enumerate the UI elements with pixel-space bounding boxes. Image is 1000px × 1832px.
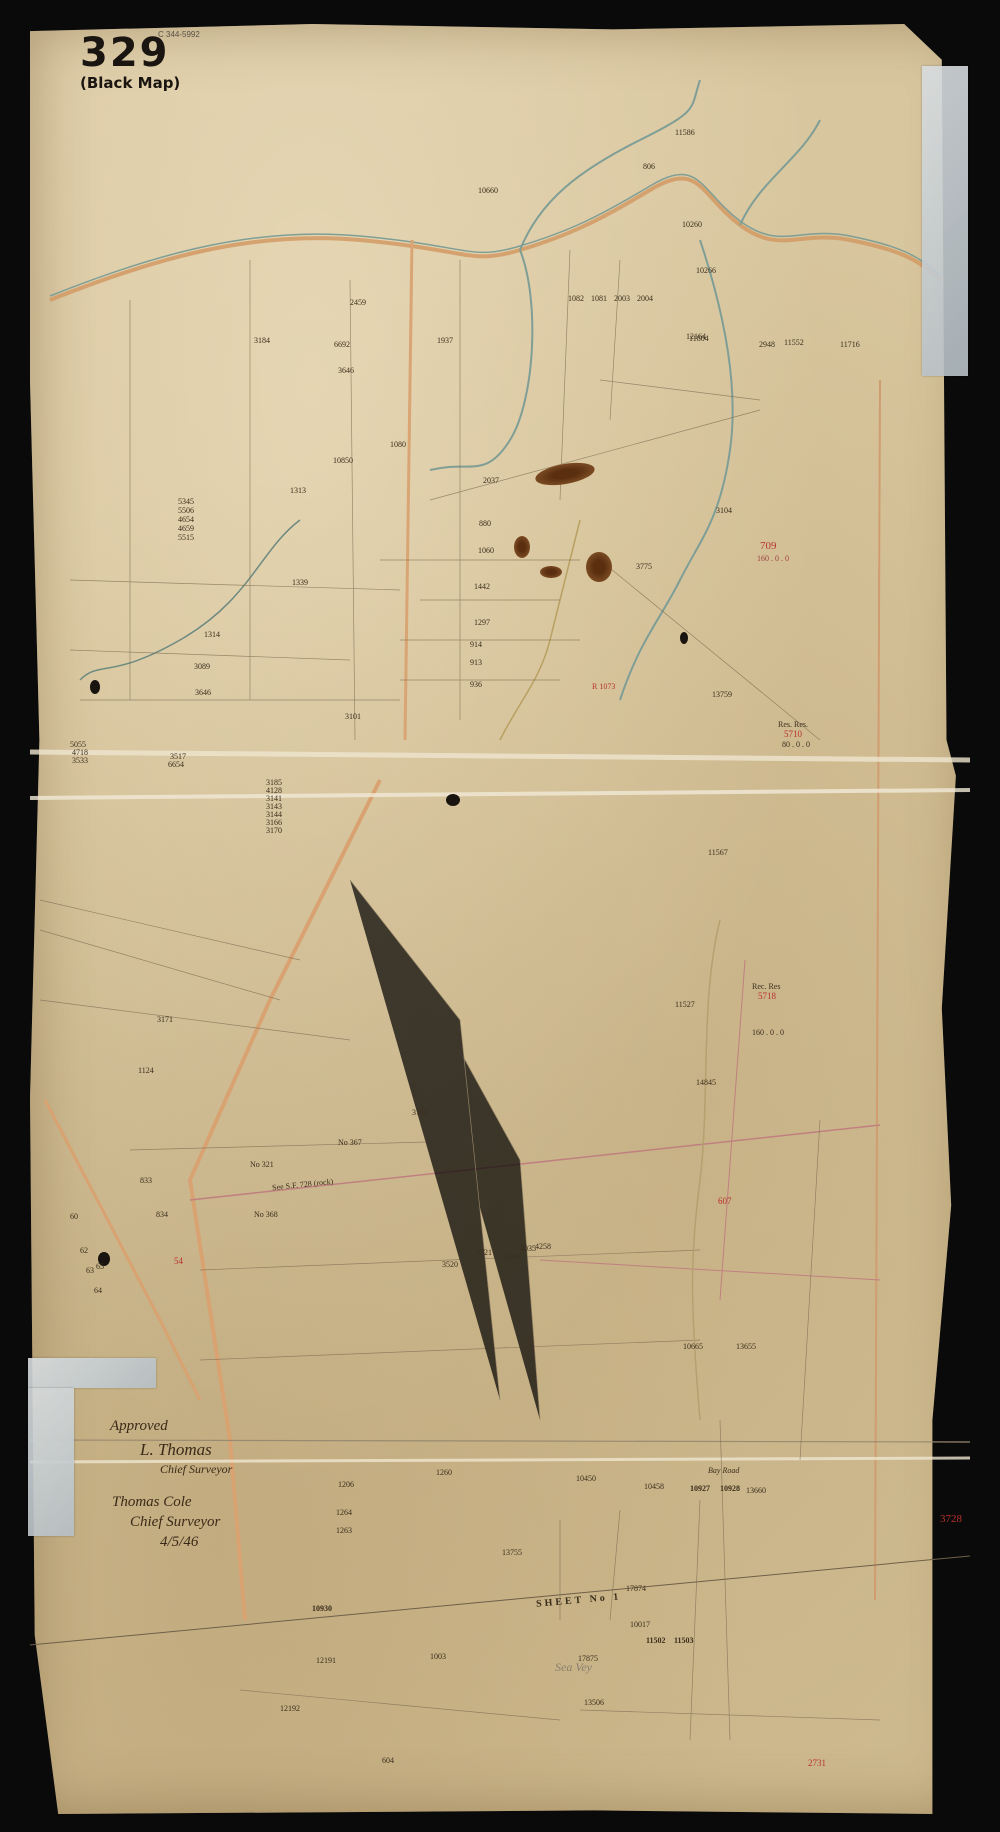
lot-number: 1297 (474, 618, 490, 627)
ink-stain (514, 536, 530, 558)
map-linework (0, 0, 1000, 1832)
reserve-5710-area: 80 . 0 . 0 (782, 740, 810, 749)
lot-number: 6692 (334, 340, 350, 349)
lot-number: 17874 (626, 1584, 646, 1593)
lot-number: 4035 (520, 1244, 536, 1253)
reserve-709-area: 160 . 0 . 0 (757, 554, 789, 563)
lot-number: 10665 (683, 1342, 703, 1351)
lot-number: 11567 (708, 848, 728, 857)
lot-number: 4659 (178, 524, 194, 533)
lot-number: 1060 (478, 546, 494, 555)
lot-number: 10928 (720, 1484, 740, 1493)
approval-line-1: Approved (110, 1418, 168, 1435)
lot-number: 4290 (504, 1252, 520, 1261)
lot-number: 2459 (350, 298, 366, 307)
lot-number: 3101 (345, 712, 361, 721)
lot-number: 5345 (178, 497, 194, 506)
lot-number: 11552 (784, 338, 804, 347)
lot-number: No 321 (250, 1160, 274, 1169)
lot-number: 11503 (674, 1636, 694, 1645)
reserve-5710: 5710 (784, 729, 802, 739)
lot-number: 1937 (437, 336, 453, 345)
lot-number: 3171 (157, 1015, 173, 1024)
lot-number: 604 (382, 1756, 394, 1765)
lot-number: 14845 (696, 1078, 716, 1087)
reserve-54: 54 (174, 1256, 183, 1266)
ink-stain (680, 632, 688, 644)
approval-line-6: 4/5/46 (160, 1534, 198, 1551)
lot-number: 13755 (502, 1548, 522, 1557)
lot-number: 5515 (178, 533, 194, 542)
lot-number: 1314 (204, 630, 220, 639)
lot-number: 13506 (584, 1698, 604, 1707)
lot-number: 1003 (430, 1652, 446, 1661)
lot-number: 10017 (630, 1620, 650, 1629)
lot-number: 10927 (690, 1484, 710, 1493)
lot-number: 3646 (195, 688, 211, 697)
lot-number: 2037 (483, 476, 499, 485)
lot-number: 1080 (390, 440, 406, 449)
annotation-bay-road: Bay Road (708, 1466, 739, 1475)
lot-number: 10450 (576, 1474, 596, 1483)
approval-line-5: Chief Surveyor (130, 1514, 220, 1531)
lot-number: 4654 (178, 515, 194, 524)
tape-patch-bottom-left (28, 1358, 156, 1388)
lot-number: No 368 (254, 1210, 278, 1219)
lot-number: 65 (96, 1262, 104, 1271)
tape-patch-top-right (922, 66, 968, 376)
annotation-sea-vey: Sea Vey (555, 1660, 592, 1675)
reserve-r1073: R 1073 (592, 682, 615, 691)
lot-number: 64 (94, 1286, 102, 1295)
lot-number: 1260 (436, 1468, 452, 1477)
lot-number: 914 (470, 640, 482, 649)
reserve-5718-area: 160 . 0 . 0 (752, 1028, 784, 1037)
lot-number: 3533 (72, 756, 88, 765)
lot-number: 2948 (759, 340, 775, 349)
lot-number: 10660 (478, 186, 498, 195)
lot-number: 3089 (194, 662, 210, 671)
catalog-ref: C 344-5992 (158, 30, 200, 39)
approval-line-2: L. Thomas (140, 1440, 212, 1460)
approval-line-3: Chief Surveyor (160, 1462, 232, 1477)
lot-number: 1081 (591, 294, 607, 303)
lot-number: 834 (156, 1210, 168, 1219)
lot-number: 1442 (474, 582, 490, 591)
lot-number: 13660 (746, 1486, 766, 1495)
lot-number: 913 (470, 658, 482, 667)
lot-number: 1313 (290, 486, 306, 495)
lot-number: 10930 (312, 1604, 332, 1613)
lot-number: 11527 (675, 1000, 695, 1009)
ink-stain (586, 552, 612, 582)
tape-patch-bottom-left-vertical (28, 1388, 74, 1536)
lot-number: No 367 (338, 1138, 362, 1147)
lot-number: 1124 (138, 1066, 154, 1075)
lot-number: 60 (70, 1212, 78, 1221)
reserve-5718-label: Rec. Res (752, 982, 780, 991)
reserve-709: 709 (760, 540, 777, 552)
lot-number: 1264 (336, 1508, 352, 1517)
lot-number: 12191 (316, 1656, 336, 1665)
lot-number: 3775 (636, 562, 652, 571)
lot-number: 833 (140, 1176, 152, 1185)
lot-number: 1339 (292, 578, 308, 587)
lot-number: 3100 (412, 1108, 428, 1117)
lot-number: 3646 (338, 366, 354, 375)
lot-number: 1082 (568, 294, 584, 303)
lot-number: 11502 (646, 1636, 666, 1645)
lot-number: 12192 (280, 1704, 300, 1713)
lot-number: 13759 (712, 690, 732, 699)
lot-number: 3721 (476, 1248, 492, 1257)
reserve-5710-label: Res. Res. (778, 720, 808, 729)
sheet-number: 329 (80, 30, 170, 76)
lot-number: 5506 (178, 506, 194, 515)
approval-line-4: Thomas Cole (112, 1494, 192, 1511)
lot-number: 10850 (333, 456, 353, 465)
lot-number: 63 (86, 1266, 94, 1275)
lot-number: 10458 (644, 1482, 664, 1491)
lot-number: 6654 (168, 760, 184, 769)
lot-number: 3170 (266, 826, 282, 835)
reserve-5718: 5718 (758, 991, 776, 1001)
sheet-subtitle: (Black Map) (80, 74, 180, 92)
lot-number: 936 (470, 680, 482, 689)
lot-number: 806 (643, 162, 655, 171)
reserve-3728: 3728 (940, 1513, 962, 1525)
lot-number: 10260 (682, 220, 702, 229)
lot-number: 2003 (614, 294, 630, 303)
lot-number: 1206 (338, 1480, 354, 1489)
lot-number: 3184 (254, 336, 270, 345)
lot-number: 11804 (689, 334, 709, 343)
ink-stain (90, 680, 100, 694)
lot-number: 880 (479, 519, 491, 528)
ink-stain (446, 794, 460, 806)
lot-number: 3520 (442, 1260, 458, 1269)
reserve-607: 607 (718, 1196, 732, 1206)
lot-number: 13655 (736, 1342, 756, 1351)
reserve-2731: 2731 (808, 1758, 826, 1768)
lot-number: 10266 (696, 266, 716, 275)
lot-number: 1263 (336, 1526, 352, 1535)
lot-number: 62 (80, 1246, 88, 1255)
lot-number: 11586 (675, 128, 695, 137)
lot-number: 4258 (535, 1242, 551, 1251)
lot-number: 3104 (716, 506, 732, 515)
lot-number: 11716 (840, 340, 860, 349)
ink-stain (540, 566, 562, 578)
lot-number: 2004 (637, 294, 653, 303)
